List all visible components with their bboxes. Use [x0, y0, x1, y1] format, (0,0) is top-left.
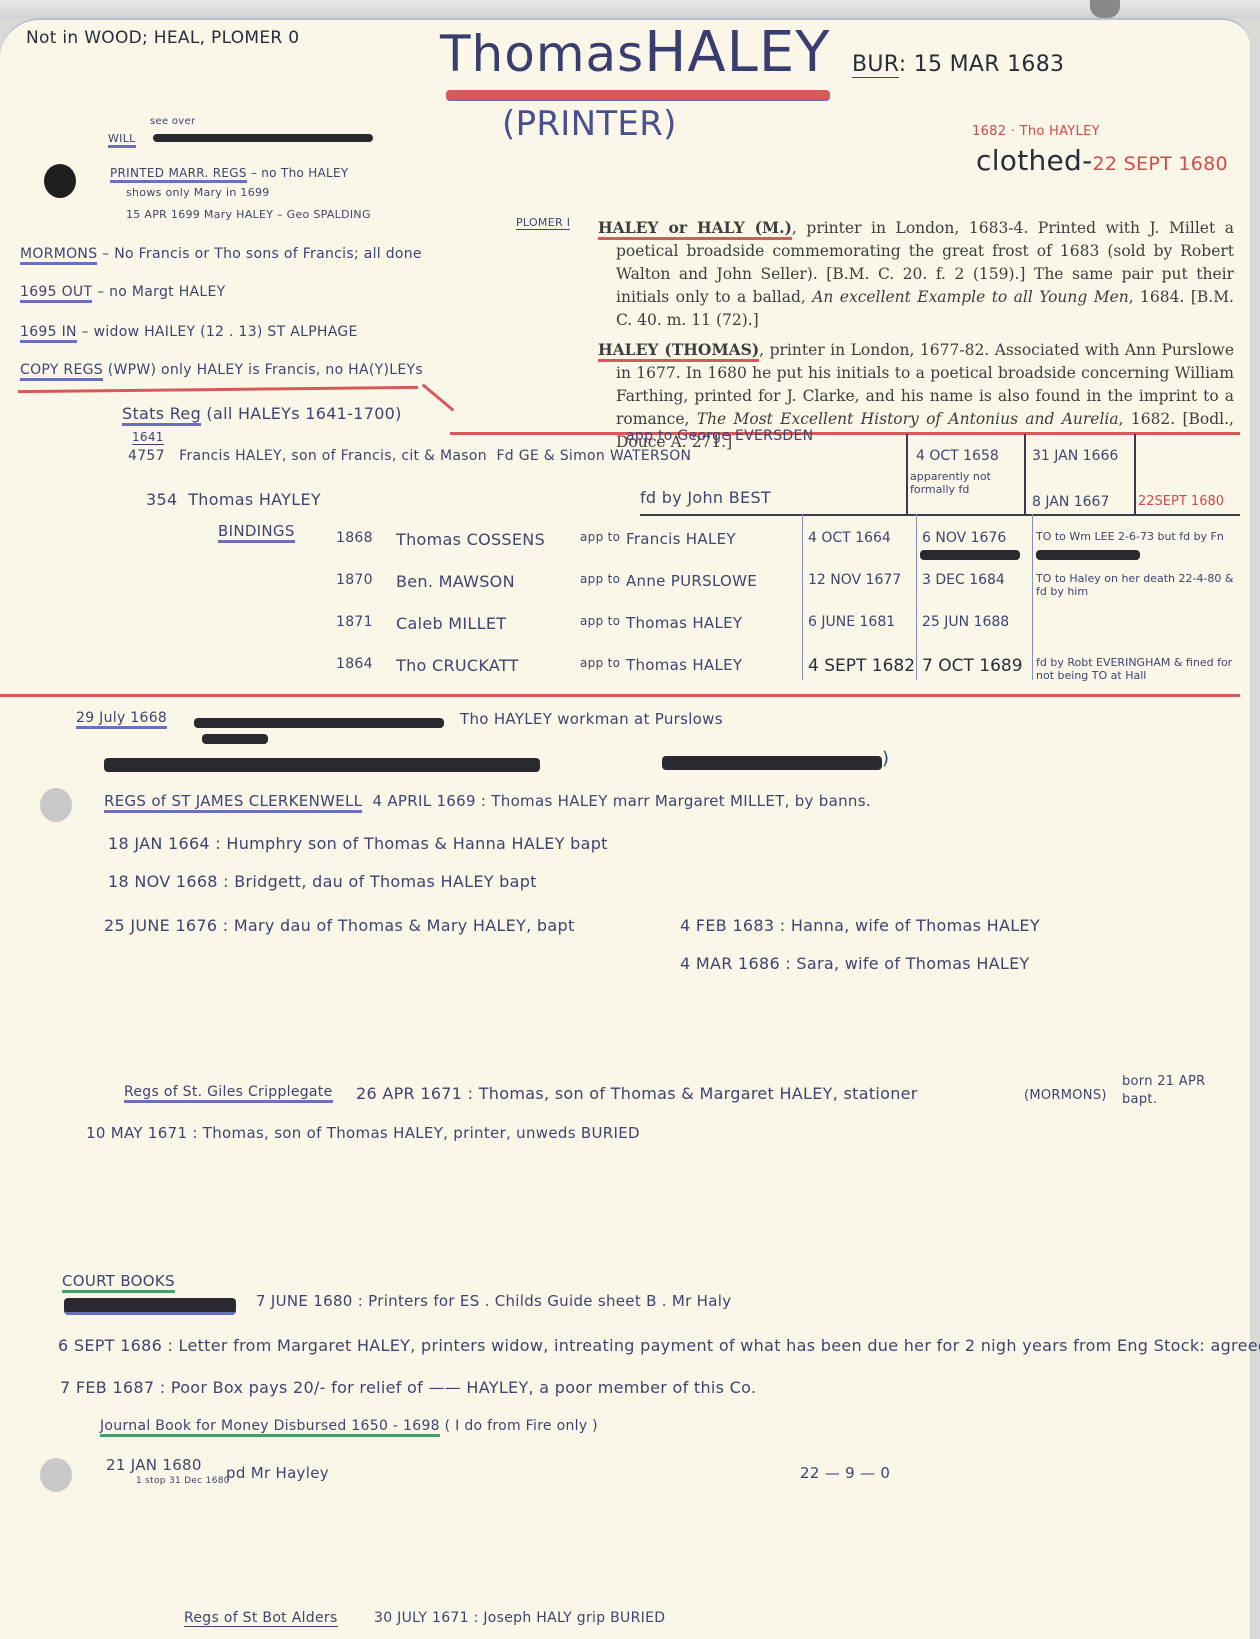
binding-app-to: app to [580, 572, 620, 586]
plomer-dictionary-clipping: HALEY or HALY (M.), printer in London, 1… [598, 216, 1234, 460]
copy-regs-label: COPY REGS [20, 362, 103, 381]
in-1695-text: – widow HAILEY (12 . 13) ST ALPHAGE [82, 324, 358, 340]
binding-bound-date: 6 JUNE 1681 [808, 614, 895, 630]
binding-apprentice: Caleb MILLET [396, 614, 506, 633]
stats-reg-line: Stats Reg (all HALEYs 1641-1700) [122, 404, 402, 423]
struck-note [1036, 550, 1140, 560]
out-1695-text: – no Margt HALEY [97, 284, 225, 300]
stats-reg-label: Stats Reg [122, 404, 201, 426]
stats-date-1658: 4 OCT 1658 [916, 448, 999, 464]
stats-note-not-formally: apparently not formally fd [910, 470, 1022, 496]
top-strip [0, 0, 1260, 18]
table-line [906, 434, 908, 516]
st-james-marriage: 4 APRIL 1669 : Thomas HALEY marr Margare… [372, 792, 870, 810]
st-giles-entry: 26 APR 1671 : Thomas, son of Thomas & Ma… [356, 1084, 918, 1103]
reg-freed: Fd GE & Simon WATERSON [496, 448, 691, 464]
struck-date [920, 550, 1020, 560]
occupation: (PRINTER) [502, 104, 677, 144]
title-surname: HALEY [644, 20, 830, 85]
court-books-label: COURT BOOKS [62, 1272, 175, 1293]
burial-date: : 15 MAR 1683 [899, 52, 1065, 77]
entry-title: An excellent Example to all Young Men [812, 288, 1129, 306]
stats-row-thomas: 354 Thomas HAYLEY [146, 490, 321, 509]
copy-regs-line: COPY REGS (WPW) only HALEY is Francis, n… [20, 362, 423, 378]
will-line: WILL [108, 132, 373, 145]
binding-note: TO to Wm LEE 2-6-73 but fd by Fn [1036, 530, 1236, 543]
court-entry-1680: 7 JUNE 1680 : Printers for ES . Childs G… [256, 1292, 731, 1310]
punch-hole [40, 1458, 72, 1492]
out-1695-line: 1695 OUT – no Margt HALEY [20, 284, 226, 300]
punch-hole-black [44, 164, 76, 198]
not-in-note: Not in WOOD; HEAL, PLOMER 0 [26, 28, 299, 48]
payment-amount: 22 — 9 — 0 [800, 1464, 890, 1482]
binding-app-to: app to [580, 656, 620, 670]
red-divider [18, 386, 418, 393]
binding-number: 1868 [336, 530, 373, 546]
binding-master: Thomas HALEY [626, 656, 742, 674]
table-line [1032, 514, 1033, 680]
binding-bound-date: 4 OCT 1664 [808, 530, 891, 546]
in-1695-line: 1695 IN – widow HAILEY (12 . 13) ST ALPH… [20, 324, 358, 340]
binding-freed-date: 3 DEC 1684 [922, 572, 1005, 588]
st-james-label: REGS of ST JAMES CLERKENWELL [104, 792, 362, 813]
reg-text: Thomas HAYLEY [188, 490, 321, 509]
baptism-entry: 18 NOV 1668 : Bridgett, dau of Thomas HA… [108, 872, 537, 891]
jan-1680-date: 21 JAN 1680 [106, 1456, 202, 1474]
jan-1680-sub: 1 stop 31 Dec 1680 [136, 1476, 230, 1486]
stats-date-1666: 31 JAN 1666 [1032, 448, 1118, 464]
burial-entry: 4 FEB 1683 : Hanna, wife of Thomas HALEY [680, 916, 1040, 935]
clothed-line: clothed-22 SEPT 1680 [976, 144, 1228, 177]
journal-note: ( I do from Fire only ) [445, 1418, 598, 1434]
plomer-tag: PLOMER I [516, 216, 570, 230]
table-line [802, 514, 803, 680]
out-1695-label: 1695 OUT [20, 284, 92, 303]
printed-marr-text: – no Tho HALEY [251, 166, 349, 180]
printed-marr-line: PRINTED MARR. REGS – no Tho HALEY [110, 166, 349, 180]
binding-app-to: app to [580, 530, 620, 544]
court-entry-1687: 7 FEB 1687 : Poor Box pays 20/- for reli… [60, 1378, 756, 1397]
binding-freed-date: 7 OCT 1689 [922, 656, 1023, 676]
mormons-text: – No Francis or Tho sons of Francis; all… [102, 246, 422, 262]
table-line [640, 514, 1240, 516]
mormons-line: MORMONS – No Francis or Tho sons of Fran… [20, 246, 422, 262]
stats-date-1667: 8 JAN 1667 [1032, 494, 1109, 510]
printed-marr-label: PRINTED MARR. REGS [110, 166, 247, 183]
stats-row-fd-best: fd by John BEST [640, 488, 771, 507]
clothed-date: 22 SEPT 1680 [1093, 153, 1228, 175]
july-1668-text: Tho HAYLEY workman at Purslows [460, 710, 723, 728]
baptism-entry: 18 JAN 1664 : Humphry son of Thomas & Ha… [108, 834, 608, 853]
table-line [1134, 434, 1136, 516]
journal-label: Journal Book for Money Disbursed 1650 - … [100, 1418, 440, 1437]
binding-apprentice: Tho CRUCKATT [396, 656, 519, 675]
clothed-label: clothed- [976, 144, 1093, 177]
printed-marr-line3: 15 APR 1699 Mary HALEY – Geo SPALDING [126, 208, 371, 221]
title-underline [446, 90, 830, 101]
binding-bound-date: 4 SEPT 1682 [808, 656, 915, 676]
red-divider [422, 383, 455, 411]
binding-apprentice: Ben. MAWSON [396, 572, 515, 591]
st-bot-entry: 30 JULY 1671 : Joseph HALY grip BURIED [374, 1610, 665, 1626]
paren-close: ) [882, 748, 889, 769]
binding-number: 1871 [336, 614, 373, 630]
stats-reg-range: (all HALEYs 1641-1700) [206, 404, 401, 423]
red-divider [450, 432, 1240, 435]
binding-app-to: app to [580, 614, 620, 628]
binding-master: Francis HALEY [626, 530, 736, 548]
binding-note: TO to Haley on her death 22-4-80 & fd by… [1036, 572, 1236, 598]
will-see-over: see over [150, 116, 195, 127]
court-entry-1686: 6 SEPT 1686 : Letter from Margaret HALEY… [58, 1336, 1260, 1355]
stats-row-francis: 4757 Francis HALEY, son of Francis, cit … [128, 448, 691, 464]
st-giles-bapt: bapt. [1122, 1092, 1157, 1107]
binding-number: 1870 [336, 572, 373, 588]
note-sheet: Not in WOOD; HEAL, PLOMER 0 ThomasHALEY … [0, 18, 1250, 1639]
red-hayley-note: 1682 · Tho HAYLEY [972, 124, 1100, 139]
jan-1680-text: pd Mr Hayley [226, 1464, 329, 1482]
will-label: WILL [108, 132, 136, 148]
entry-title: The Most Excellent History of Antonius a… [697, 410, 1119, 428]
struck-text [64, 1298, 236, 1315]
entry-heading: HALEY or HALY (M.) [598, 218, 792, 240]
stats-row-app: app to George EVERSDEN [626, 428, 813, 444]
stats-reg-year: 1641 [132, 430, 164, 445]
table-line [1024, 434, 1026, 516]
binding-freed-date: 6 NOV 1676 [922, 530, 1006, 546]
st-bot-label: Regs of St Bot Alders [184, 1610, 338, 1627]
binding-master: Thomas HALEY [626, 614, 742, 632]
struck-text [202, 734, 268, 744]
binding-note: fd by Robt EVERINGHAM & fined for not be… [1036, 656, 1236, 682]
burial-line: BUR: 15 MAR 1683 [852, 52, 1064, 77]
binding-freed-date: 25 JUN 1688 [922, 614, 1009, 630]
struck-text [662, 756, 882, 770]
st-james-line: REGS of ST JAMES CLERKENWELL 4 APRIL 166… [104, 792, 871, 810]
bindings-label: BINDINGS [218, 522, 295, 543]
table-line [916, 514, 917, 680]
reg-number: 354 [146, 490, 177, 509]
binder-clip [1090, 0, 1120, 18]
binding-apprentice: Thomas COSSENS [396, 530, 545, 549]
page-title: ThomasHALEY [440, 20, 830, 85]
struck-text [104, 758, 540, 772]
will-struck-text [153, 134, 373, 142]
printed-marr-line2: shows only Mary in 1699 [126, 186, 270, 199]
punch-hole [40, 788, 72, 822]
plomer-entry-m-haley: HALEY or HALY (M.), printer in London, 1… [598, 216, 1234, 332]
binding-number: 1864 [336, 656, 373, 672]
entry-heading: HALEY (THOMAS) [598, 340, 759, 362]
reg-text: Francis HALEY, son of Francis, cit & Mas… [179, 448, 487, 464]
struck-text [194, 718, 444, 728]
burial-entry: 4 MAR 1686 : Sara, wife of Thomas HALEY [680, 954, 1030, 973]
stats-date-red: 22SEPT 1680 [1138, 494, 1224, 509]
st-giles-buried: 10 MAY 1671 : Thomas, son of Thomas HALE… [86, 1124, 640, 1142]
in-1695-label: 1695 IN [20, 324, 77, 343]
binding-master: Anne PURSLOWE [626, 572, 757, 590]
reg-number: 4757 [128, 448, 165, 464]
st-giles-mormons: (MORMONS) [1024, 1088, 1107, 1103]
july-1668-date: 29 July 1668 [76, 710, 167, 729]
baptism-entry: 25 JUNE 1676 : Mary dau of Thomas & Mary… [104, 916, 575, 935]
title-first-name: Thomas [440, 25, 644, 83]
st-giles-born: born 21 APR [1122, 1074, 1205, 1089]
copy-regs-text: (WPW) only HALEY is Francis, no HA(Y)LEY… [108, 362, 423, 378]
mormons-label: MORMONS [20, 246, 97, 265]
st-giles-label: Regs of St. Giles Cripplegate [124, 1084, 333, 1103]
journal-line: Journal Book for Money Disbursed 1650 - … [100, 1418, 598, 1434]
red-divider [0, 694, 1240, 697]
burial-label: BUR [852, 52, 899, 78]
binding-bound-date: 12 NOV 1677 [808, 572, 901, 588]
